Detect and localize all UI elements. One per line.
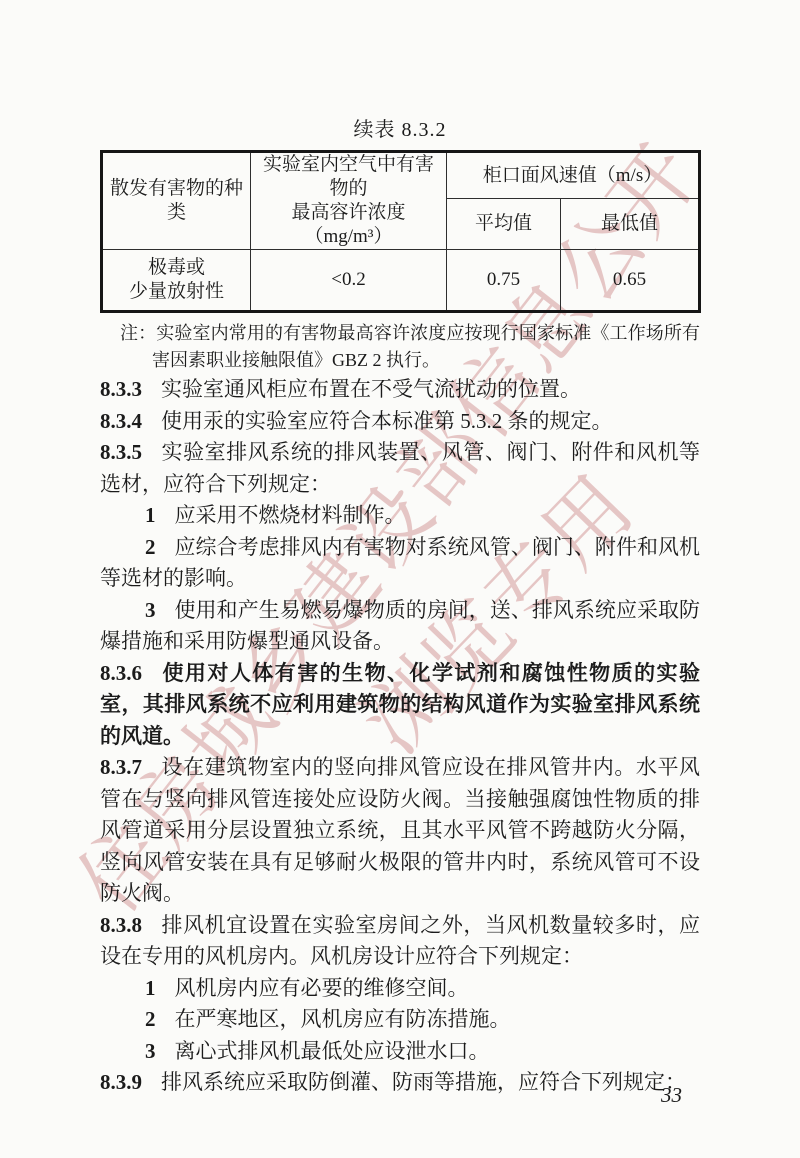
table-row: 极毒或 少量放射性 <0.2 0.75 0.65 — [102, 250, 700, 312]
clause-number: 8.3.4 — [100, 409, 142, 433]
clause-number: 2 — [145, 1007, 156, 1031]
cell-velocity-avg: 0.75 — [447, 250, 561, 312]
table-note: 注：实验室内常用的有害物最高容许浓度应按现行国家标准《工作场所有害因素职业接触限… — [100, 320, 700, 374]
table-header-velocity-min: 最低值 — [561, 199, 700, 250]
clause-number: 2 — [145, 535, 156, 559]
document-page: 住房城乡建设部信息公开 浏览专用 续表 8.3.2 散发有害物的种类 实验室内空… — [0, 0, 800, 1158]
subitem-paragraph: 2在严寒地区，风机房应有防冻措施。 — [100, 1004, 700, 1036]
clause-number: 8.3.9 — [100, 1070, 142, 1094]
note-text: 实验室内常用的有害物最高容许浓度应按现行国家标准《工作场所有害因素职业接触限值》… — [152, 323, 700, 370]
clause-number: 8.3.8 — [100, 913, 142, 937]
cell-kind: 极毒或 少量放射性 — [102, 250, 251, 312]
body-paragraphs: 8.3.3实验室通风柜应布置在不受气流扰动的位置。8.3.4使用汞的实验室应符合… — [100, 374, 700, 1099]
clause-number: 3 — [145, 598, 156, 622]
cell-kind-line2: 少量放射性 — [107, 280, 246, 304]
clause-number: 8.3.3 — [100, 377, 142, 401]
clause-paragraph: 8.3.9排风系统应采取防倒灌、防雨等措施，应符合下列规定： — [100, 1067, 700, 1099]
clause-number: 1 — [145, 503, 156, 527]
clause-paragraph: 8.3.7设在建筑物室内的竖向排风管应设在排风管井内。水平风管在与竖向排风管连接… — [100, 752, 700, 910]
subitem-paragraph: 2应综合考虑排风内有害物对系统风管、阀门、附件和风机等选材的影响。 — [100, 532, 700, 595]
clause-number: 8.3.5 — [100, 440, 142, 464]
clause-paragraph: 8.3.3实验室通风柜应布置在不受气流扰动的位置。 — [100, 374, 700, 406]
subitem-paragraph: 3离心式排风机最低处应设泄水口。 — [100, 1036, 700, 1068]
note-label: 注： — [120, 323, 156, 343]
cell-velocity-min: 0.65 — [561, 250, 700, 312]
clause-number: 1 — [145, 976, 156, 1000]
table-title: 续表 8.3.2 — [100, 117, 700, 143]
clause-paragraph: 8.3.5实验室排风系统的排风装置、风管、阀门、附件和风机等选材，应符合下列规定… — [100, 437, 700, 500]
clause-paragraph: 8.3.6使用对人体有害的生物、化学试剂和腐蚀性物质的实验室，其排风系统不应利用… — [100, 658, 700, 753]
table-header-concentration: 实验室内空气中有害物的 最高容许浓度（mg/m³） — [251, 152, 447, 250]
clause-number: 8.3.7 — [100, 755, 142, 779]
cell-concentration: <0.2 — [251, 250, 447, 312]
clause-paragraph: 8.3.8排风机宜设置在实验室房间之外，当风机数量较多时，应设在专用的风机房内。… — [100, 910, 700, 973]
table-header-concentration-line1: 实验室内空气中有害物的 — [255, 153, 442, 201]
clause-number: 8.3.6 — [100, 661, 142, 685]
table-header-concentration-line2: 最高容许浓度（mg/m³） — [255, 201, 442, 249]
page-number: 33 — [661, 1083, 682, 1108]
subitem-paragraph: 1应采用不燃烧材料制作。 — [100, 500, 700, 532]
continued-table: 散发有害物的种类 实验室内空气中有害物的 最高容许浓度（mg/m³） 柜口面风速… — [100, 150, 701, 313]
subitem-paragraph: 1风机房内应有必要的维修空间。 — [100, 973, 700, 1005]
clause-paragraph: 8.3.4使用汞的实验室应符合本标准第 5.3.2 条的规定。 — [100, 406, 700, 438]
page-content: 续表 8.3.2 散发有害物的种类 实验室内空气中有害物的 最高容许浓度（mg/… — [100, 117, 700, 1099]
cell-kind-line1: 极毒或 — [107, 256, 246, 280]
clause-number: 3 — [145, 1039, 156, 1063]
subitem-paragraph: 3使用和产生易燃易爆物质的房间，送、排风系统应采取防爆措施和采用防爆型通风设备。 — [100, 595, 700, 658]
table-header-velocity-group: 柜口面风速值（m/s） — [447, 152, 700, 199]
table-header-kind: 散发有害物的种类 — [102, 152, 251, 250]
table-header-velocity-avg: 平均值 — [447, 199, 561, 250]
